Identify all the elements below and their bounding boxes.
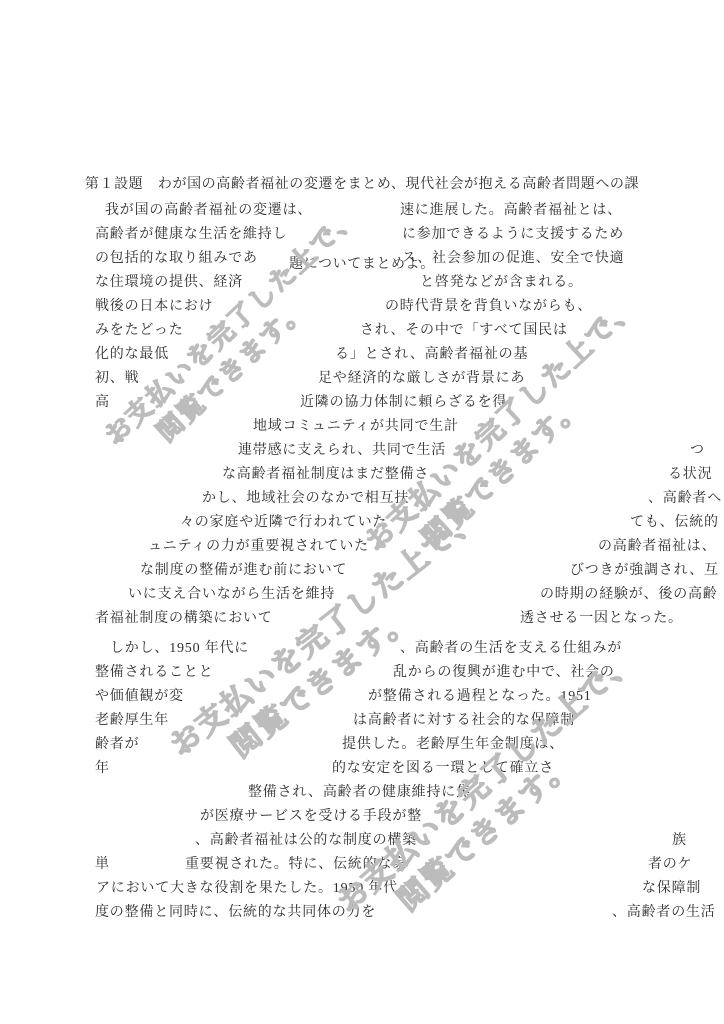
watermark-line-2: 閲覧できます。: [223, 529, 512, 767]
paywall-watermark-text: お支払いを完了した上で、閲覧できます。: [98, 199, 389, 476]
paywall-watermark-text: お支払いを完了した上で、閲覧できます。: [330, 641, 670, 950]
watermark-line-2: 閲覧できます。: [390, 670, 669, 920]
paywall-watermark-text: お支払いを完了した上で、閲覧できます。: [358, 288, 670, 586]
watermark-line-2: 閲覧できます。: [150, 224, 389, 450]
watermark-line-2: 閲覧できます。: [414, 314, 670, 556]
watermark-line-1: お支払いを完了した上で、: [163, 499, 489, 765]
document-page: 第１設題 わが国の高齢者福祉の変遷をまとめ、現代社会が抱える高齢者問題への課 題…: [0, 0, 724, 1024]
watermark-line-1: お支払いを完了した上で、: [330, 641, 645, 922]
watermark-layer: お支払いを完了した上で、閲覧できます。お支払いを完了した上で、閲覧できます。お支…: [0, 0, 724, 1024]
watermark-line-1: お支払いを完了した上で、: [98, 199, 366, 452]
watermark-line-1: お支払いを完了した上で、: [358, 288, 645, 559]
paywall-watermark-text: お支払いを完了した上で、閲覧できます。: [163, 499, 512, 796]
